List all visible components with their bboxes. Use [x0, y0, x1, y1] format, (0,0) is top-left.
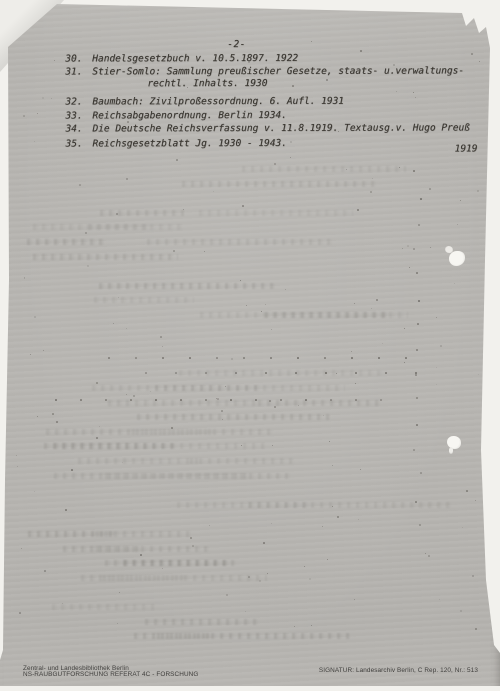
- item-number: 34.: [65, 123, 92, 134]
- list-item: 35.Reichsgesetzblatt Jg. 1930 - 1943.: [65, 138, 286, 150]
- library-caption: Zentral- und Landesbibliothek Berlin NS-…: [23, 666, 198, 679]
- scan-background: -2- 30.Handelsgesetzbuch v. 10.5.1897. 1…: [0, 0, 500, 691]
- item-text: Die Deutsche Reichsverfassung v. 11.8.19…: [92, 122, 470, 134]
- list-item: 31.Stier-Somlo: Sammlung preußischer Ges…: [65, 65, 464, 77]
- item-text: rechtl. Inhalts. 1930: [147, 78, 267, 89]
- document-page: -2- 30.Handelsgesetzbuch v. 10.5.1897. 1…: [0, 0, 500, 691]
- item-text: Baumbach: Zivilproßessordnung. 6. Aufl. …: [92, 96, 344, 108]
- item-text: Handelsgesetzbuch v. 10.5.1897. 1922: [92, 53, 298, 65]
- list-item: 33.Reichsabgabenordnung. Berlin 1934.: [65, 110, 286, 122]
- list-item: 32.Baumbach: Zivilproßessordnung. 6. Auf…: [65, 96, 344, 108]
- item-text: Reichsgesetzblatt Jg. 1930 - 1943.: [92, 138, 286, 150]
- item-number: 32.: [65, 96, 92, 107]
- item-number: 33.: [65, 110, 92, 121]
- list-item: 34.Die Deutsche Reichsverfassung v. 11.8…: [65, 122, 470, 134]
- item-text: 1919: [455, 143, 478, 154]
- item-text: Stier-Somlo: Sammlung preußischer Gesetz…: [92, 65, 464, 77]
- library-department: NS-RAUBGUTFORSCHUNG REFERAT 4C - FORSCHU…: [23, 672, 198, 678]
- list-item-continuation-year: 1919: [455, 143, 478, 154]
- list-item-continuation: rechtl. Inhalts. 1930: [147, 78, 267, 89]
- page-number: -2-: [227, 39, 246, 50]
- item-text: Reichsabgabenordnung. Berlin 1934.: [92, 110, 286, 122]
- signature-caption: SIGNATUR: Landesarchiv Berlin, C Rep. 12…: [319, 667, 478, 674]
- paper-hole: [447, 436, 461, 449]
- list-item: 30.Handelsgesetzbuch v. 10.5.1897. 1922: [65, 53, 298, 65]
- item-number: 35.: [65, 138, 92, 149]
- typewritten-text-block: -2- 30.Handelsgesetzbuch v. 10.5.1897. 1…: [0, 0, 500, 691]
- item-number: 30.: [65, 53, 92, 64]
- item-number: 31.: [65, 66, 92, 77]
